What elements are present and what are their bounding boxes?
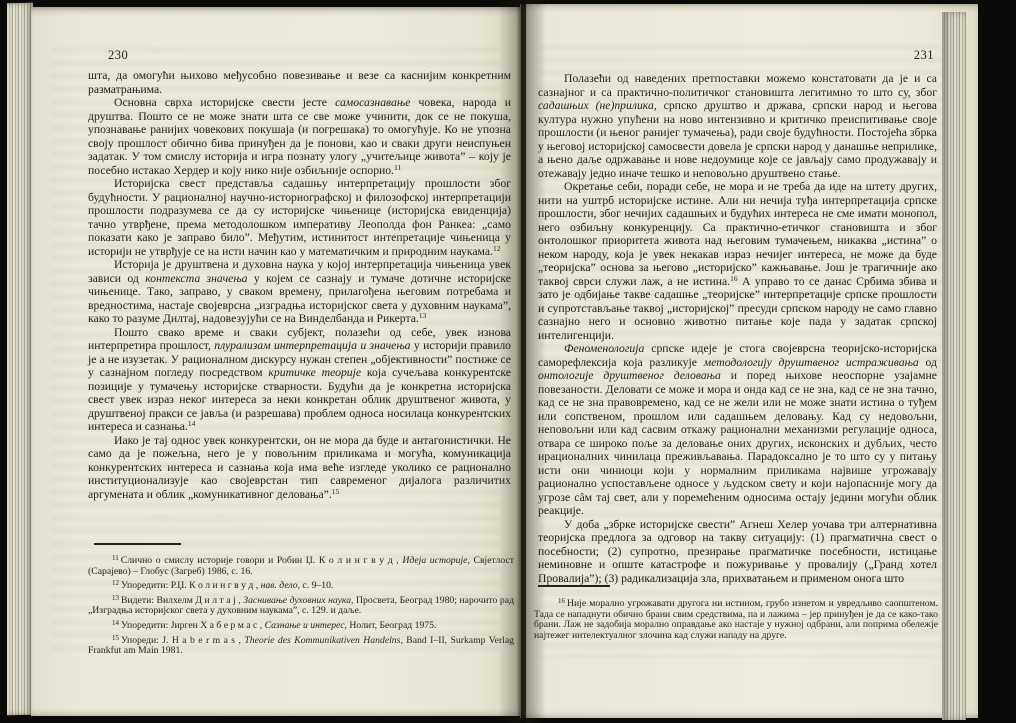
footnote: 15Упореди: Ј. H a b e r m a s , Theorie … [88, 633, 514, 657]
right-page: 231 Полазећи од наведених претпоставки м… [520, 4, 978, 718]
left-page: 230 шта, да омогући њихово међусобно пов… [31, 7, 520, 716]
footnote-number: 13 [112, 594, 119, 602]
paragraph: Историјска свест представља садашњу инте… [88, 177, 511, 258]
left-page-number: 230 [108, 48, 128, 63]
footnote-number: 15 [112, 634, 119, 642]
right-page-number: 231 [914, 48, 934, 63]
paragraph: У доба „збрке историјске свести” Агнеш Х… [538, 518, 937, 586]
footnote-number: 16 [558, 597, 565, 605]
left-sheet-stack-edge [7, 3, 33, 715]
paragraph: шта, да омогући њихово међусобно повезив… [88, 69, 511, 96]
left-page-text: шта, да омогући њихово међусобно повезив… [88, 69, 511, 501]
paragraph: Феноменологија српске идеје је стога сво… [538, 342, 937, 518]
paragraph: Окретање себи, поради себе, не мора и не… [538, 180, 937, 342]
footnote: 16Није морално угрожавати другога ни ист… [534, 596, 938, 641]
paragraph: Иако је тај однос увек конкурентски, он … [88, 434, 511, 502]
footnote-reference: 11 [394, 163, 401, 172]
right-sheet-stack-edge [942, 12, 966, 720]
right-page-text: Полазећи од наведених претпоставки можем… [538, 72, 937, 585]
paragraph: Пошто свако време и сваки субјект, полаз… [88, 326, 511, 434]
footnote-reference: 13 [419, 311, 427, 320]
right-page-footnotes: 16Није морално угрожавати другога ни ист… [534, 596, 938, 642]
paragraph: Историја је друштвена и духовна наука у … [88, 258, 511, 326]
footnote: 11Слично о смислу историје говори и Роби… [88, 553, 514, 577]
footnote-reference: 12 [493, 244, 501, 253]
book-scan: 230 шта, да омогући њихово међусобно пов… [0, 0, 1016, 723]
footnote-number: 12 [112, 579, 119, 587]
footnote: 12Упоредити: Р.Џ. К о л и н г в у д , на… [88, 578, 514, 592]
left-footnote-separator [94, 543, 181, 545]
footnote: 14Упоредити: Јирген Х а б е р м а с , Са… [88, 618, 514, 632]
footnote-number: 11 [112, 554, 119, 562]
footnote-reference: 15 [332, 487, 340, 496]
footnote-reference: 14 [188, 419, 196, 428]
footnote: 13Видети: Вилхелм Д и л т а ј , Заснивањ… [88, 593, 514, 617]
footnote-reference: 16 [730, 274, 738, 283]
footnote-number: 14 [112, 619, 119, 627]
left-page-footnotes: 11Слично о смислу историје говори и Роби… [88, 553, 514, 658]
paragraph: Полазећи од наведених претпоставки можем… [538, 72, 937, 180]
right-footnote-separator [538, 585, 610, 587]
paragraph: Основна сврха историјске свести јесте са… [88, 96, 511, 177]
